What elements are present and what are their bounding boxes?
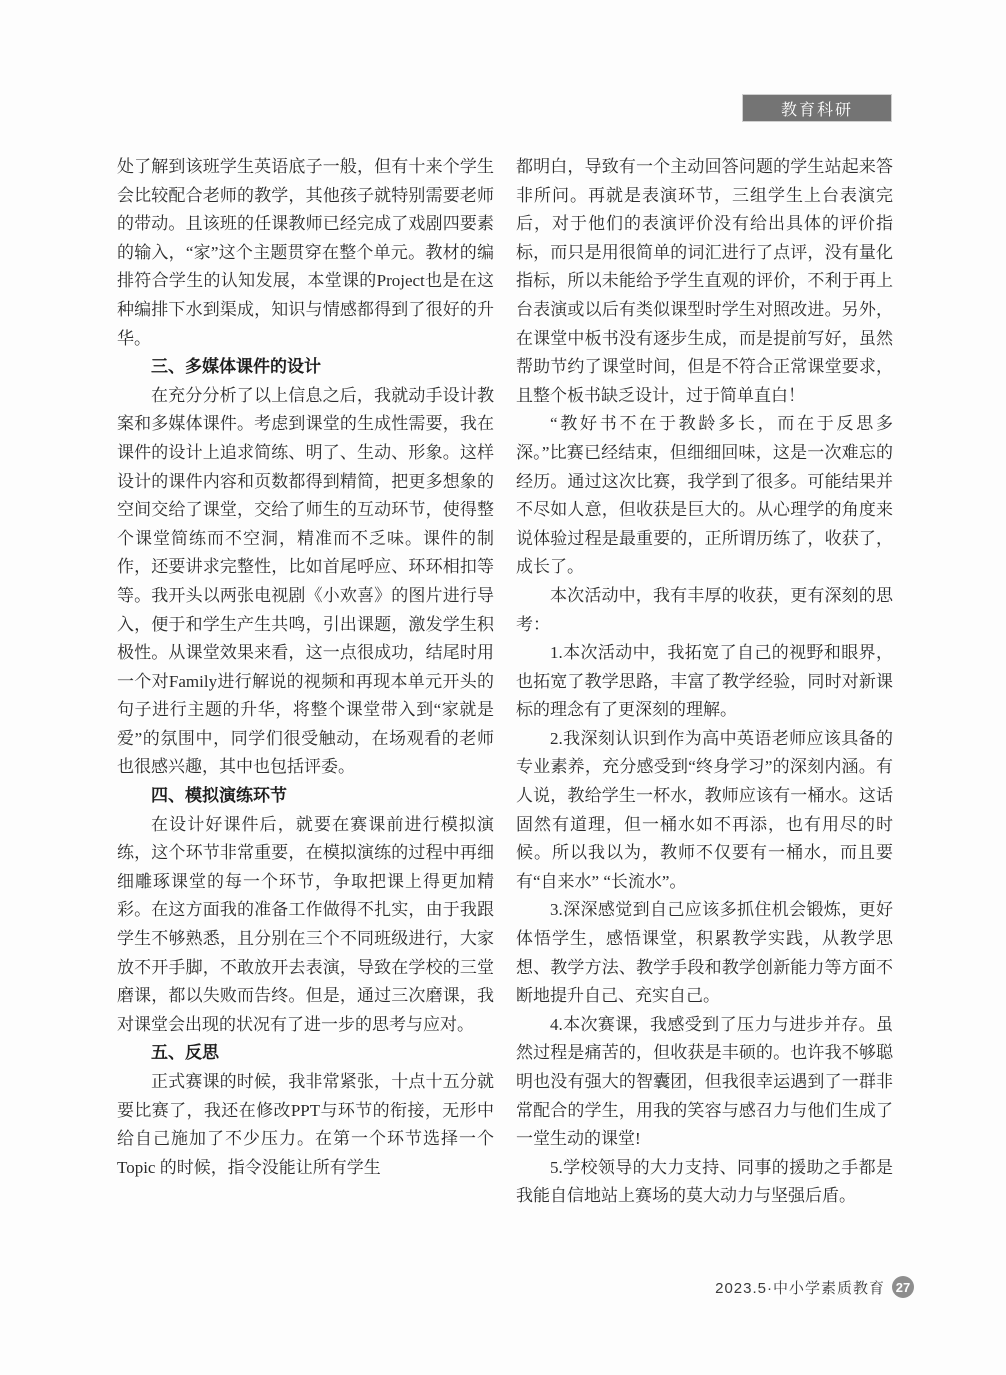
section-heading: 五、反思 <box>117 1039 494 1068</box>
magazine-page: { "header": { "badge_label": "教育科研" }, "… <box>0 0 1006 1375</box>
body-paragraph: 3.深深感觉到自己应该多抓住机会锻炼，更好体悟学生，感悟课堂，积累教学实践，从教… <box>516 896 893 1010</box>
body-paragraph: 2.我深刻认识到作为高中英语老师应该具备的专业素养，充分感受到“终身学习”的深刻… <box>516 725 893 897</box>
body-paragraph: 都明白，导致有一个主动回答问题的学生站起来答非所问。再就是表演环节，三组学生上台… <box>516 153 893 410</box>
section-heading: 三、多媒体课件的设计 <box>117 353 494 382</box>
journal-issue-label: 2023.5·中小学素质教育 <box>715 1277 885 1298</box>
body-paragraph: 1.本次活动中，我拓宽了自己的视野和眼界，也拓宽了教学思路，丰富了教学经验，同时… <box>516 639 893 725</box>
body-paragraph: 在充分分析了以上信息之后，我就动手设计教案和多媒体课件。考虑到课堂的生成性需要，… <box>117 382 494 782</box>
section-badge-label: 教育科研 <box>781 97 853 120</box>
page-footer: 2023.5·中小学素质教育 27 <box>715 1276 914 1298</box>
body-paragraph: 在设计好课件后，就要在赛课前进行模拟演练，这个环节非常重要，在模拟演练的过程中再… <box>117 811 494 1040</box>
article-body: 处了解到该班学生英语底子一般，但有十来个学生会比较配合老师的教学，其他孩子就特别… <box>117 153 893 1211</box>
left-column: 处了解到该班学生英语底子一般，但有十来个学生会比较配合老师的教学，其他孩子就特别… <box>117 153 494 1211</box>
right-column: 都明白，导致有一个主动回答问题的学生站起来答非所问。再就是表演环节，三组学生上台… <box>516 153 893 1211</box>
body-paragraph: 5.学校领导的大力支持、同事的援助之手都是我能自信地站上赛场的莫大动力与坚强后盾… <box>516 1154 893 1211</box>
page-number-badge: 27 <box>892 1276 914 1298</box>
body-paragraph: 4.本次赛课，我感受到了压力与进步并存。虽然过程是痛苦的，但收获是丰硕的。也许我… <box>516 1011 893 1154</box>
section-badge: 教育科研 <box>743 95 891 121</box>
section-heading: 四、模拟演练环节 <box>117 782 494 811</box>
body-paragraph: 本次活动中，我有丰厚的收获，更有深刻的思考： <box>516 582 893 639</box>
body-paragraph: 处了解到该班学生英语底子一般，但有十来个学生会比较配合老师的教学，其他孩子就特别… <box>117 153 494 353</box>
body-paragraph: 正式赛课的时候，我非常紧张，十点十五分就要比赛了，我还在修改PPT与环节的衔接，… <box>117 1068 494 1182</box>
body-paragraph: “教好书不在于教龄多长，而在于反思多深。”比赛已经结束，但细细回味，这是一次难忘… <box>516 410 893 582</box>
